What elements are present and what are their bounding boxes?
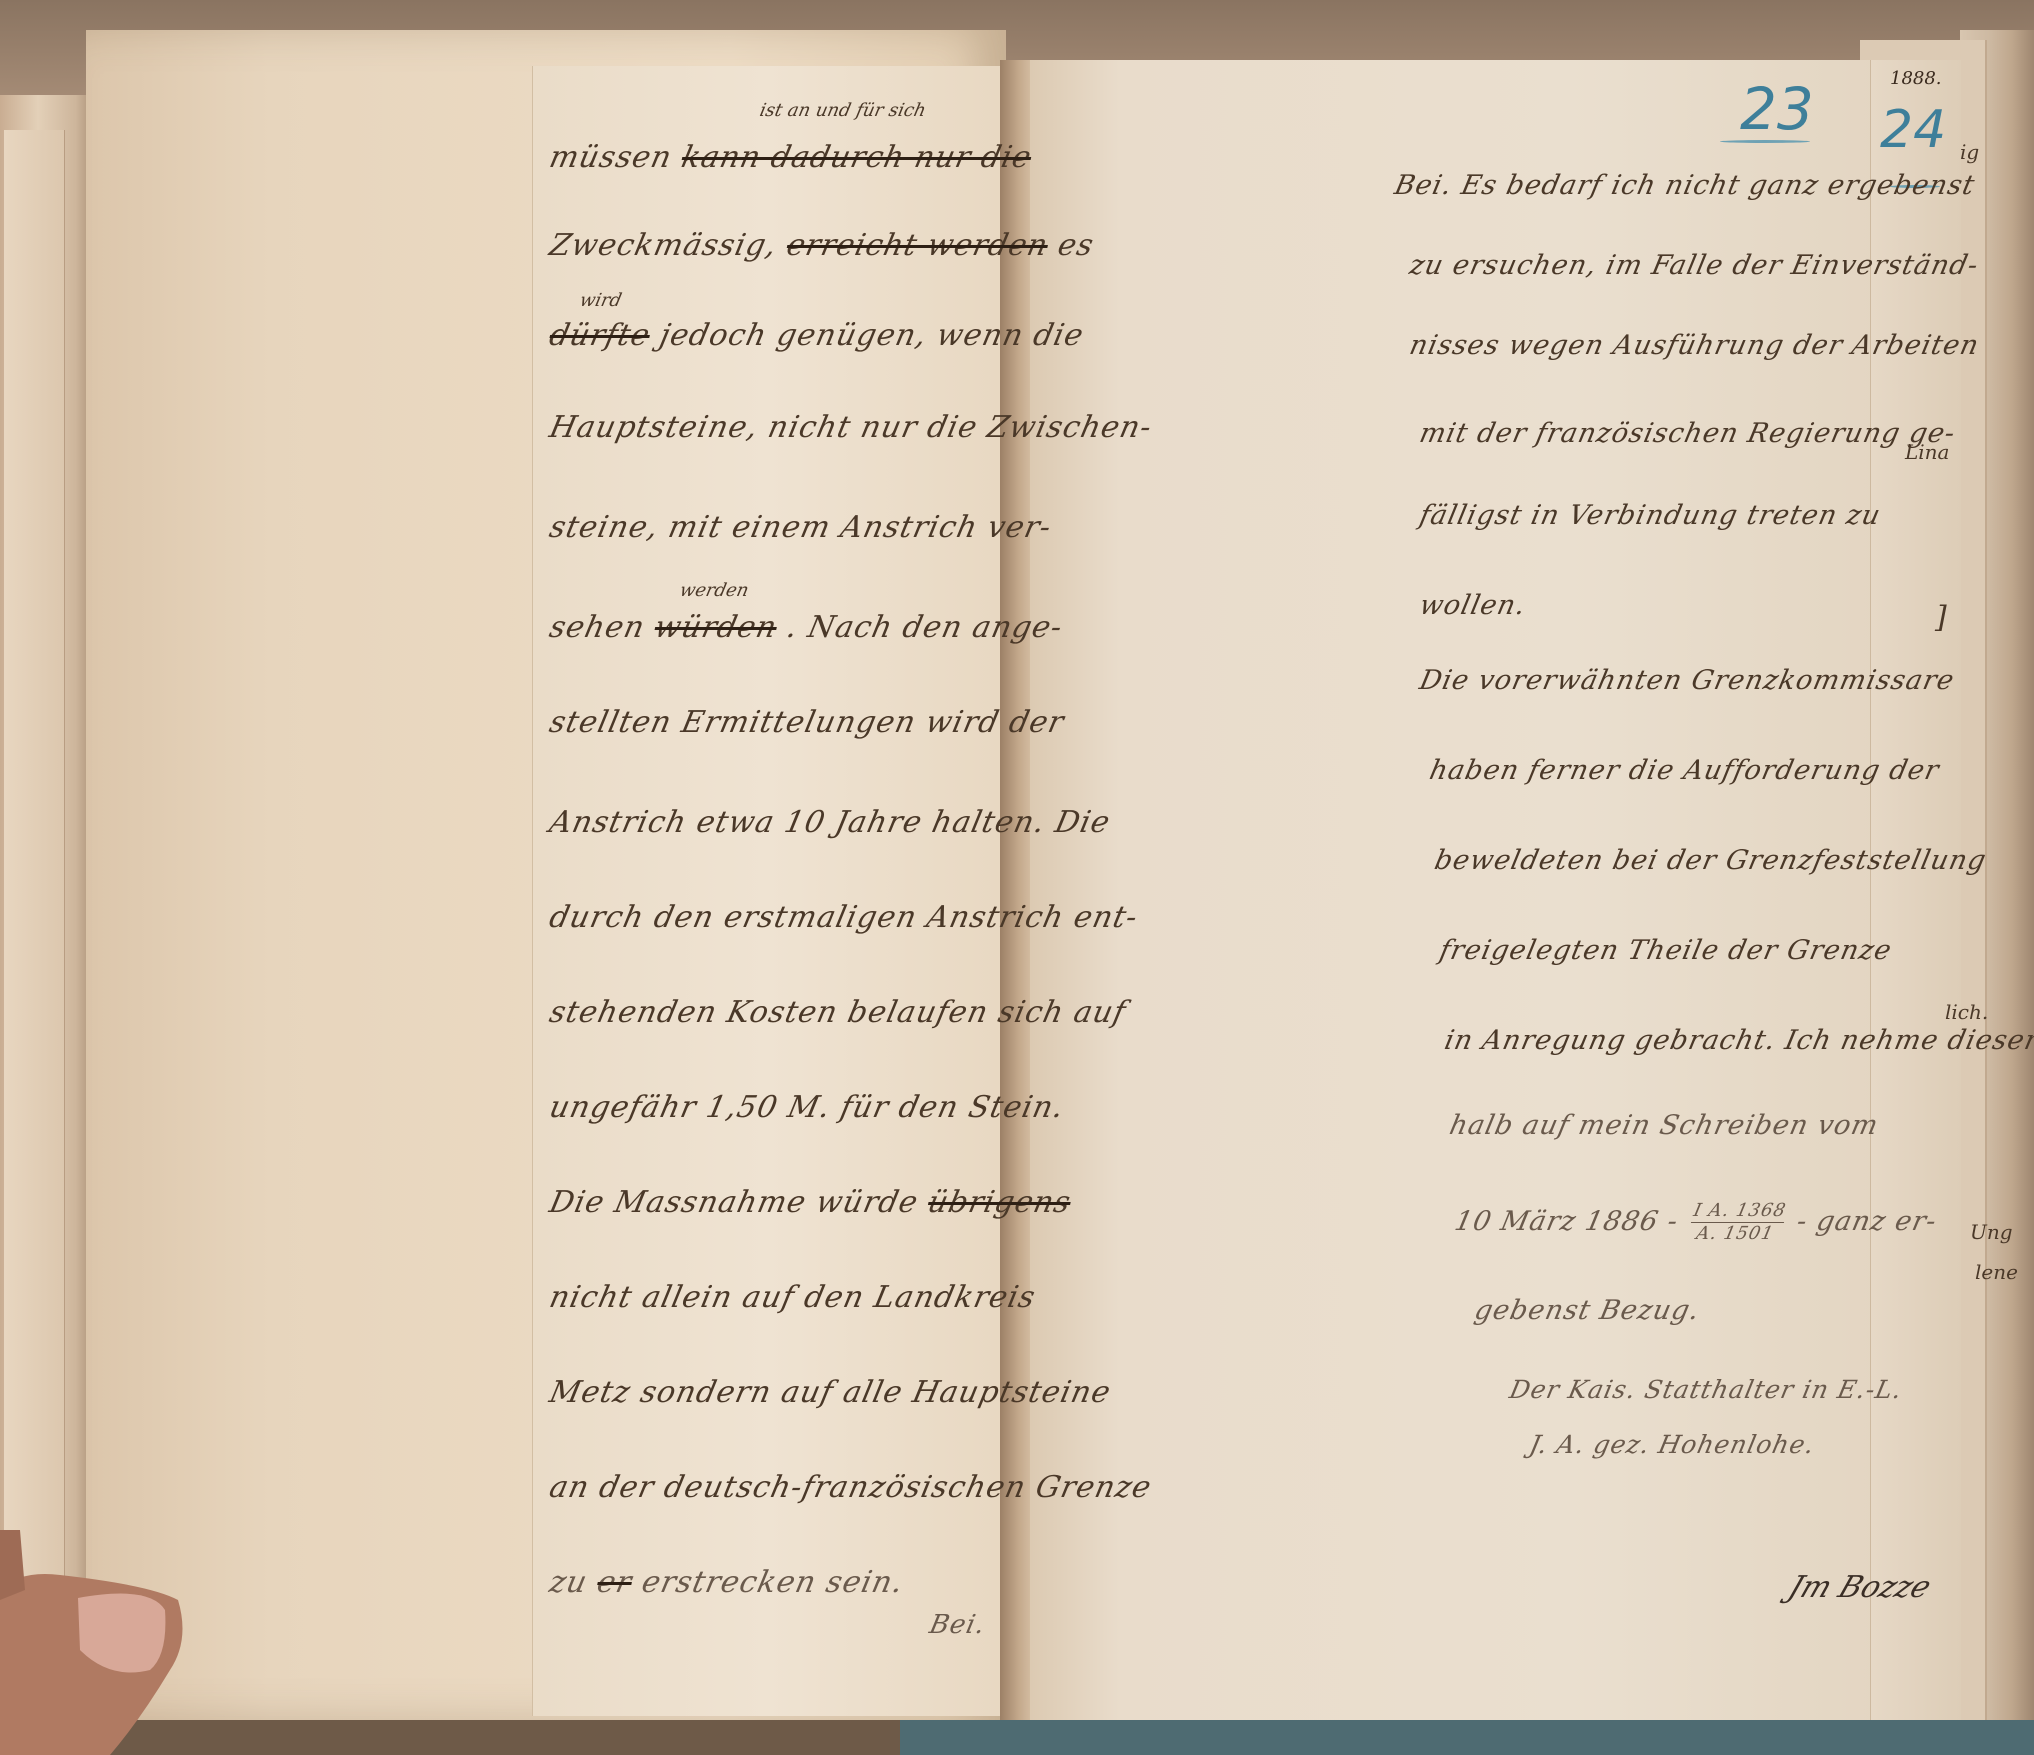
text-line: Metz sondern auf alle Hauptsteine xyxy=(546,1375,1114,1410)
margin-fragment: lene xyxy=(1975,1260,2018,1284)
struck-text: kann dadurch nur die xyxy=(678,140,1034,175)
text-line: durch den erstmaligen Anstrich ent- xyxy=(546,900,1141,935)
text-line: Anstrich etwa 10 Jahre halten. Die xyxy=(546,805,1113,840)
text-line: mit der französischen Regierung ge- xyxy=(1417,418,1959,449)
text-line: Die Massnahme würde übrigens xyxy=(546,1185,1074,1220)
reference-numerator: I A. 1368 xyxy=(1691,1200,1788,1223)
folio-underline xyxy=(1720,140,1810,143)
text-line: haben ferner die Aufforderung der xyxy=(1427,755,1943,786)
right-page[interactable] xyxy=(1030,60,1930,1720)
text-line: nisses wegen Ausführung der Arbeiten xyxy=(1407,330,1982,361)
insertion-note: werden xyxy=(678,580,751,601)
catchword: Bei. xyxy=(927,1610,988,1640)
insertion-note: wird xyxy=(578,290,624,311)
folio-number: 23 xyxy=(1740,75,1814,143)
reference-denominator: A. 1501 xyxy=(1687,1223,1784,1245)
text-line: wollen. xyxy=(1417,590,1529,621)
closing-line-1: Der Kais. Statthalter in E.-L. xyxy=(1507,1375,1905,1404)
next-folio-number: 24 xyxy=(1880,100,1946,160)
struck-text: erreicht werden xyxy=(784,228,1052,263)
left-page-text-column xyxy=(532,66,1003,1716)
text-line: müssen kann dadurch nur die xyxy=(546,140,1035,175)
margin-fragment: Ung xyxy=(1970,1220,2013,1244)
margin-fragment: ] xyxy=(1935,600,1947,635)
table-surface xyxy=(900,1720,2034,1755)
text-line: fälligst in Verbindung treten zu xyxy=(1417,500,1884,531)
text-line: 10 März 1886 - I A. 1368 A. 1501 - ganz … xyxy=(1450,1200,1941,1245)
text-line: Die vorerwähnten Grenzkommissare xyxy=(1417,665,1958,696)
text-line: sehen würden . Nach den ange- xyxy=(546,610,1066,645)
text-line: ungefähr 1,50 M. für den Stein. xyxy=(546,1090,1067,1125)
text-line: beweldeten bei der Grenzfeststellung xyxy=(1432,845,1990,876)
text-line: zu ersuchen, im Falle der Einverständ- xyxy=(1407,250,1982,281)
thumb-holding-page xyxy=(0,1530,190,1755)
text-line: an der deutsch-französischen Grenze xyxy=(546,1470,1155,1505)
text-line: steine, mit einem Anstrich ver- xyxy=(546,510,1055,545)
text-line: stellten Ermittelungen wird der xyxy=(546,705,1067,740)
margin-fragment: ig xyxy=(1960,140,1979,164)
page-edge-strip-left xyxy=(4,130,65,1630)
text-line: freigelegten Theile der Grenze xyxy=(1437,935,1895,966)
signature-mark: Jm Bozze xyxy=(1784,1570,1936,1605)
text-line: in Anregung gebracht. Ich nehme diesers- xyxy=(1442,1025,2034,1056)
text-line: Bei. Es bedarf ich nicht ganz ergebenst xyxy=(1392,170,1978,201)
margin-fragment: lich. xyxy=(1945,1000,1988,1024)
right-page-margin-strip xyxy=(1870,60,1961,1720)
text-line: zu er erstrecken sein. xyxy=(546,1565,907,1600)
text-line: stehenden Kosten belaufen sich auf xyxy=(546,995,1129,1030)
struck-text: würden xyxy=(651,610,780,645)
struck-text: er xyxy=(594,1565,636,1600)
struck-text: dürfte xyxy=(546,318,653,353)
struck-text: übrigens xyxy=(925,1185,1075,1220)
closing-line-2: J. A. gez. Hohenlohe. xyxy=(1527,1430,1818,1459)
text-line: Hauptsteine, nicht nur die Zwischen- xyxy=(546,410,1155,445)
text-line: nicht allein auf den Landkreis xyxy=(546,1280,1039,1315)
text-line: Zweckmässig, erreicht werden es xyxy=(546,228,1097,263)
text-line: halb auf mein Schreiben vom xyxy=(1447,1110,1882,1141)
insertion-note: ist an und für sich xyxy=(758,100,928,121)
year-label: 1888. xyxy=(1890,68,1942,89)
text-line: gebenst Bezug. xyxy=(1472,1295,1703,1326)
margin-fragment: Lina xyxy=(1905,440,1949,464)
text-line: dürfte jedoch genügen, wenn die xyxy=(546,318,1087,353)
